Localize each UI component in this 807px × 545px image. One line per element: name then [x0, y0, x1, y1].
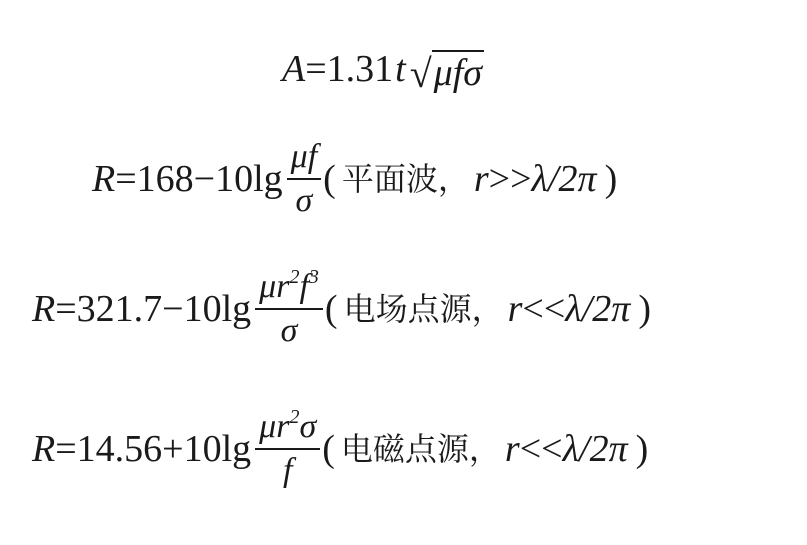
- constant: 168: [137, 160, 194, 198]
- numerator: μr2σ: [255, 410, 320, 450]
- square-root: √ μfσ: [410, 46, 484, 92]
- symbol-A: A: [282, 50, 305, 88]
- equals-sign: =: [115, 160, 136, 198]
- condition-label: 电场点源，: [344, 293, 504, 325]
- sqrt-content: μfσ: [432, 50, 484, 92]
- denominator: σ: [281, 310, 298, 348]
- constant: 14.56: [77, 430, 163, 468]
- condition-rhs: λ/2π: [565, 290, 630, 328]
- coefficient: 1.31: [327, 50, 394, 88]
- open-paren: (: [325, 290, 338, 328]
- fraction: μr2σ f: [255, 410, 320, 488]
- condition-relation: <<: [522, 290, 565, 328]
- numerator-mu-r: μr: [259, 268, 289, 305]
- symbol-R: R: [92, 160, 115, 198]
- symbol-R: R: [32, 430, 55, 468]
- condition-rhs: λ/2π: [563, 430, 628, 468]
- condition-label: 电磁点源，: [341, 433, 501, 465]
- close-paren: ): [638, 290, 651, 328]
- equals-sign: =: [305, 50, 326, 88]
- numerator-sigma: σ: [299, 408, 316, 445]
- equation-reflection-plane-wave: R = 168 − 10lg μf σ ( 平面波， r >> λ/2π ): [92, 140, 617, 218]
- condition-label: 平面波，: [342, 163, 470, 195]
- numerator-f: f: [299, 268, 308, 305]
- condition-var: r: [508, 290, 523, 328]
- condition-relation: >>: [489, 160, 532, 198]
- numerator-mu-r: μr: [259, 408, 289, 445]
- condition-relation: <<: [520, 430, 563, 468]
- close-paren: ): [605, 160, 618, 198]
- condition-var: r: [505, 430, 520, 468]
- log-term: 10lg: [184, 290, 252, 328]
- log-term: 10lg: [184, 430, 252, 468]
- equation-absorption-loss: A = 1.31 t √ μfσ: [282, 46, 484, 92]
- log-term: 10lg: [215, 160, 283, 198]
- exponent-r: 2: [289, 406, 299, 428]
- denominator: σ: [296, 180, 313, 218]
- radical-sign-icon: √: [410, 54, 432, 94]
- operator: +: [162, 430, 183, 468]
- condition-rhs: λ/2π: [532, 160, 597, 198]
- equals-sign: =: [55, 290, 76, 328]
- constant: 321.7: [77, 290, 163, 328]
- equation-reflection-magnetic-source: R = 14.56 + 10lg μr2σ f ( 电磁点源， r << λ/2…: [32, 410, 648, 488]
- operator: −: [162, 290, 183, 328]
- symbol-R: R: [32, 290, 55, 328]
- close-paren: ): [636, 430, 649, 468]
- denominator: f: [283, 450, 292, 488]
- exponent-f: 3: [309, 266, 319, 288]
- numerator: μf: [287, 140, 322, 180]
- equals-sign: =: [55, 430, 76, 468]
- fraction: μf σ: [287, 140, 322, 218]
- equation-reflection-electric-source: R = 321.7 − 10lg μr2f3 σ ( 电场点源， r << λ/…: [32, 270, 651, 348]
- condition-var: r: [474, 160, 489, 198]
- open-paren: (: [322, 430, 335, 468]
- fraction: μr2f3 σ: [255, 270, 323, 348]
- numerator: μr2f3: [255, 270, 323, 310]
- operator: −: [194, 160, 215, 198]
- open-paren: (: [323, 160, 336, 198]
- exponent-r: 2: [289, 266, 299, 288]
- symbol-t: t: [395, 50, 406, 88]
